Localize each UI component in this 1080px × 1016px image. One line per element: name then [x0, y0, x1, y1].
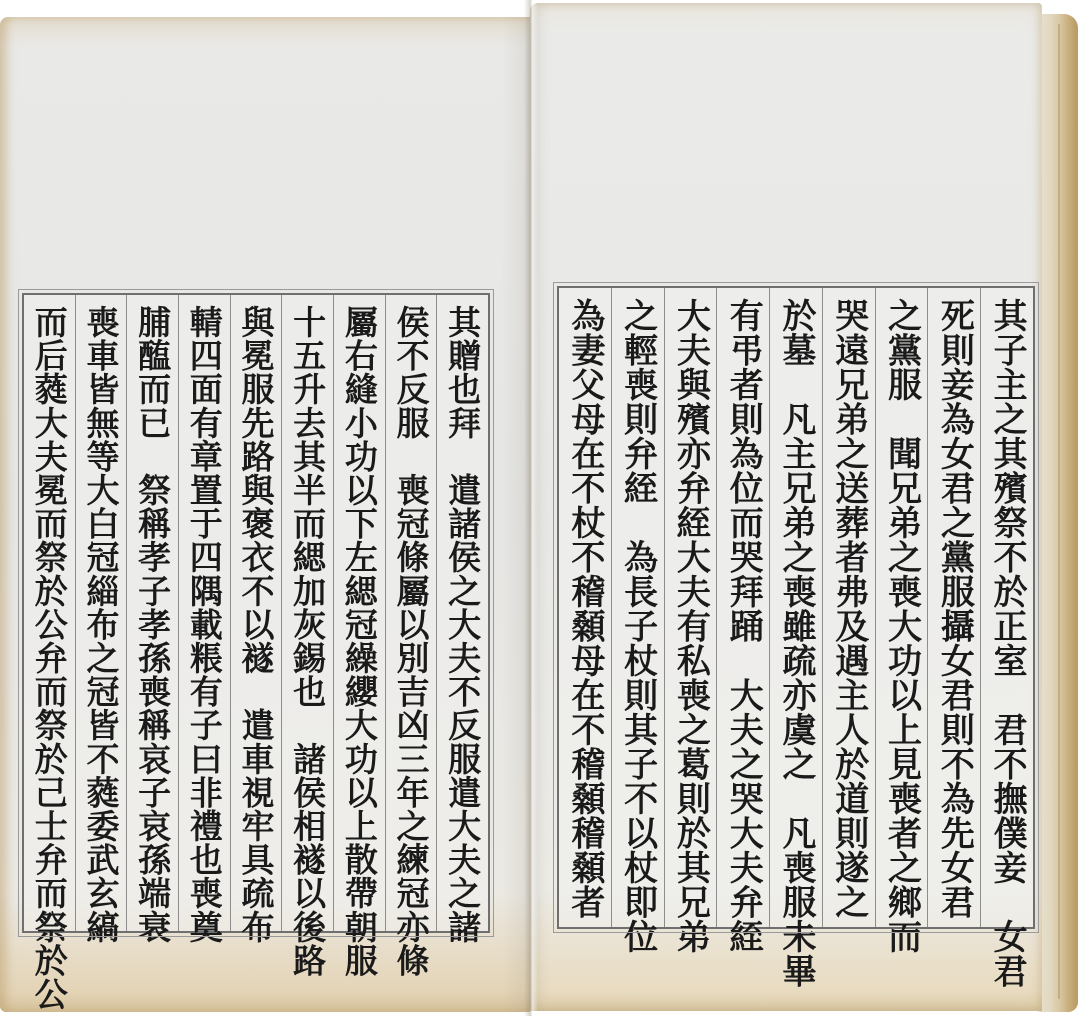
- column-text: 喪車皆無等大白冠緇布之冠皆不蕤委武玄縞: [84, 305, 117, 931]
- column-text: 侯不反服 喪冠條屬以別吉凶三年之練冠亦條: [394, 305, 427, 931]
- right-page: 其子主之其殯祭不於正室 君不撫僕妾 女君 死則妾為女君之黨服攝女君則不為先女君 …: [530, 3, 1042, 1011]
- text-column: 其贈也拜 遣諸侯之大夫不反服遣大夫之諸: [436, 295, 488, 931]
- column-text: 之輕喪則弁絰 為長子杖則其子不以杖即位: [621, 298, 655, 927]
- text-column: 屬右縫小功以下左緦冠繰纓大功以上散帶朝服: [333, 295, 385, 931]
- text-column: 之黨服 聞兄弟之喪大功以上見喪者之鄉而: [875, 288, 928, 927]
- column-text: 之黨服 聞兄弟之喪大功以上見喪者之鄉而: [885, 298, 919, 927]
- text-column: 哭遠兄弟之送葬者弗及遇主人於道則遂之: [822, 288, 875, 927]
- column-text: 十五升去其半而緦加灰錫也 諸侯相襚以後路: [291, 305, 324, 931]
- column-text: 於墓 凡主兄弟之喪雖疏亦虞之 凡喪服未畢: [779, 298, 813, 927]
- column-text: 與冕服先路與褒衣不以襚 遣車視牢具疏布: [239, 305, 272, 931]
- text-column: 十五升去其半而緦加灰錫也 諸侯相襚以後路: [281, 295, 333, 931]
- left-page: 其贈也拜 遣諸侯之大夫不反服遣大夫之諸 侯不反服 喪冠條屬以別吉凶三年之練冠亦條…: [0, 17, 530, 1012]
- text-column: 有弔者則為位而哭拜踊 大夫之哭大夫弁絰: [716, 288, 769, 927]
- column-text: 其子主之其殯祭不於正室 君不撫僕妾 女君: [990, 298, 1024, 927]
- column-text: 為妻父母在不杖不稽顙母在不稽顙稽顙者: [568, 298, 602, 927]
- open-book-spread: 其贈也拜 遣諸侯之大夫不反服遣大夫之諸 侯不反服 喪冠條屬以別吉凶三年之練冠亦條…: [0, 0, 1080, 1016]
- column-text: 大夫與殯亦弁絰大夫有私喪之葛則於其兄弟: [673, 298, 707, 927]
- text-column: 輤四面有章置于四隅載粻有子曰非禮也喪奠: [178, 295, 230, 931]
- column-text: 其贈也拜 遣諸侯之大夫不反服遣大夫之諸: [446, 305, 479, 931]
- text-column: 脯醢而已 祭稱孝子孝孫喪稱哀子哀孫端衰: [126, 295, 178, 931]
- column-text: 有弔者則為位而哭拜踊 大夫之哭大夫弁絰: [726, 298, 760, 927]
- text-column: 其子主之其殯祭不於正室 君不撫僕妾 女君: [980, 288, 1033, 927]
- text-column: 侯不反服 喪冠條屬以別吉凶三年之練冠亦條: [385, 295, 437, 931]
- text-column: 而后蕤大夫冕而祭於公弁而祭於己士弁而祭於公: [24, 295, 75, 931]
- column-text: 而后蕤大夫冕而祭於公弁而祭於己士弁而祭於公: [33, 305, 66, 931]
- text-column: 與冕服先路與褒衣不以襚 遣車視牢具疏布: [230, 295, 282, 931]
- text-column: 為妻父母在不杖不稽顙母在不稽顙稽顙者: [559, 288, 611, 927]
- column-text: 屬右縫小功以下左緦冠繰纓大功以上散帶朝服: [343, 305, 376, 931]
- text-column: 大夫與殯亦弁絰大夫有私喪之葛則於其兄弟: [664, 288, 717, 927]
- column-text: 輤四面有章置于四隅載粻有子曰非禮也喪奠: [188, 305, 221, 931]
- column-text: 脯醢而已 祭稱孝子孝孫喪稱哀子哀孫端衰: [136, 305, 169, 931]
- column-text: 死則妾為女君之黨服攝女君則不為先女君: [937, 298, 971, 927]
- column-text: 哭遠兄弟之送葬者弗及遇主人於道則遂之: [832, 298, 866, 927]
- text-column: 於墓 凡主兄弟之喪雖疏亦虞之 凡喪服未畢: [769, 288, 822, 927]
- text-column: 死則妾為女君之黨服攝女君則不為先女君: [927, 288, 980, 927]
- text-column: 之輕喪則弁絰 為長子杖則其子不以杖即位: [611, 288, 664, 927]
- page-edges-stack: [1036, 14, 1078, 1012]
- text-column: 喪車皆無等大白冠緇布之冠皆不蕤委武玄縞: [75, 295, 127, 931]
- left-text-frame: 其贈也拜 遣諸侯之大夫不反服遣大夫之諸 侯不反服 喪冠條屬以別吉凶三年之練冠亦條…: [22, 293, 490, 933]
- right-text-frame: 其子主之其殯祭不於正室 君不撫僕妾 女君 死則妾為女君之黨服攝女君則不為先女君 …: [557, 286, 1035, 929]
